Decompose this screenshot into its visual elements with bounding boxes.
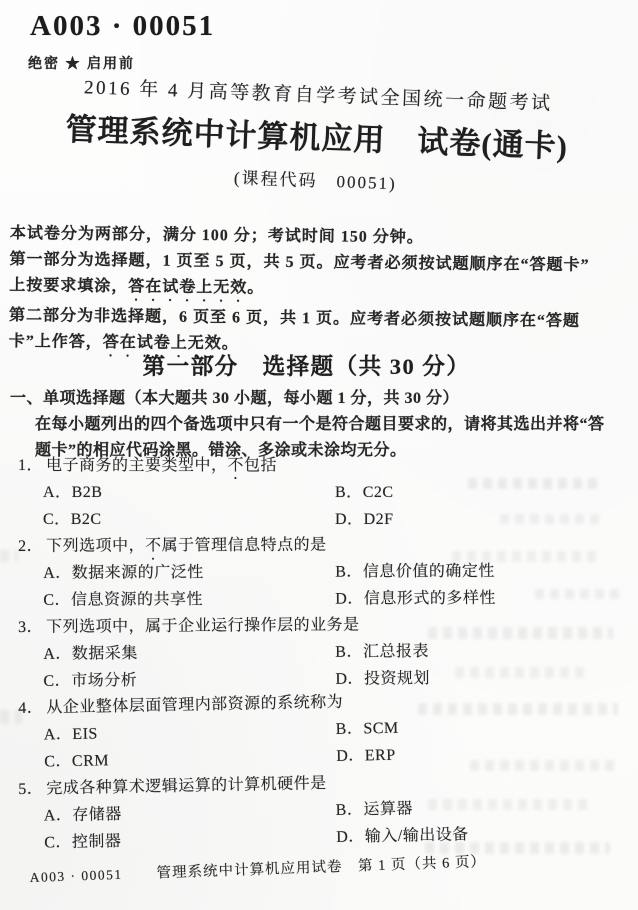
question-text: 1． 电子商务的主要类型中，不包括 [18, 452, 638, 471]
question-text: 3． 下列选项中，属于企业运行操作层的业务是 [18, 610, 638, 633]
question-number: 3． [18, 614, 46, 633]
section-number: 一、 [10, 390, 43, 407]
paper-code: A003 · 00051 [30, 10, 215, 43]
option-a: A．数据来源的广泛性 [43, 559, 335, 587]
option-row: C．B2C D．D2F [43, 506, 638, 533]
emphasized-text: 答在试卷上无效 [128, 278, 247, 296]
option-c: C．信息资源的共享性 [43, 586, 335, 614]
option-row: A．数据来源的广泛性 B．信息价值的确定性 [43, 557, 638, 587]
option-c: C．控制器 [44, 824, 336, 857]
question-text: 2． 下列选项中，不属于管理信息特点的是 [18, 530, 638, 552]
emphasized-text: 不 [228, 457, 245, 474]
question-number: 5． [18, 775, 46, 795]
question-1: 1． 电子商务的主要类型中，不包括 A．B2B B．C2C C．B2C D．D2… [18, 452, 638, 533]
option-b: B．汇总报表 [335, 637, 638, 666]
question-number: 4． [18, 694, 46, 714]
question-5: 5． 完成各种算术逻辑运算的计算机硬件是 A．存储器 B．运算器 C．控制器 D… [18, 764, 638, 857]
question-3: 3． 下列选项中，属于企业运行操作层的业务是 A．数据采集 B．汇总报表 C．市… [18, 610, 638, 695]
question-list: 1． 电子商务的主要类型中，不包括 A．B2B B．C2C C．B2C D．D2… [18, 452, 638, 857]
emphasized-text: 不 [145, 537, 162, 554]
option-row: A．B2B B．C2C [43, 479, 638, 506]
part1-heading: 第一部分 选择题（共 30 分） [0, 349, 613, 381]
exam-notice: 本试卷分为两部分，满分 100 分；考试时间 150 分钟。 第一部分为选择题，… [9, 221, 626, 365]
option-d: D．信息形式的多样性 [335, 584, 638, 612]
header-title-block: 2016 年 4 月高等教育自学考试全国统一命题考试 管理系统中计算机应用 试卷… [16, 70, 618, 202]
option-a: A．数据采集 [43, 639, 335, 668]
question-number: 1． [18, 452, 46, 471]
option-row: A．数据采集 B．汇总报表 [43, 637, 638, 668]
section-title: 单项选择题（本大题共 30 小题，每小题 1 分，共 30 分） [43, 390, 459, 407]
option-b: B．信息价值的确定性 [335, 557, 638, 585]
question-4: 4． 从企业整体层面管理内部资源的系统称为 A．EIS B．SCM C．CRM … [18, 683, 638, 776]
option-d: D．D2F [335, 506, 638, 533]
option-b: B．C2C [335, 479, 638, 506]
exam-paper-page: A003 · 00051 绝密 ★ 启用前 2016 年 4 月高等教育自学考试… [0, 0, 638, 910]
option-a: A．B2B [43, 479, 335, 506]
question-2: 2． 下列选项中，不属于管理信息特点的是 A．数据来源的广泛性 B．信息价值的确… [18, 530, 638, 614]
section-note-line-1: 在每小题列出的四个备选项中只有一个是符合题目要求的，请将其选出并将“答 [10, 412, 628, 438]
bleedthrough-artifact [0, 550, 18, 562]
question-number: 2． [18, 533, 46, 552]
option-c: C．B2C [43, 506, 335, 533]
section-title-line: 一、单项选择题（本大题共 30 小题，每小题 1 分，共 30 分） [10, 386, 628, 412]
footer-paper-code: A003 · 00051 [29, 867, 123, 886]
